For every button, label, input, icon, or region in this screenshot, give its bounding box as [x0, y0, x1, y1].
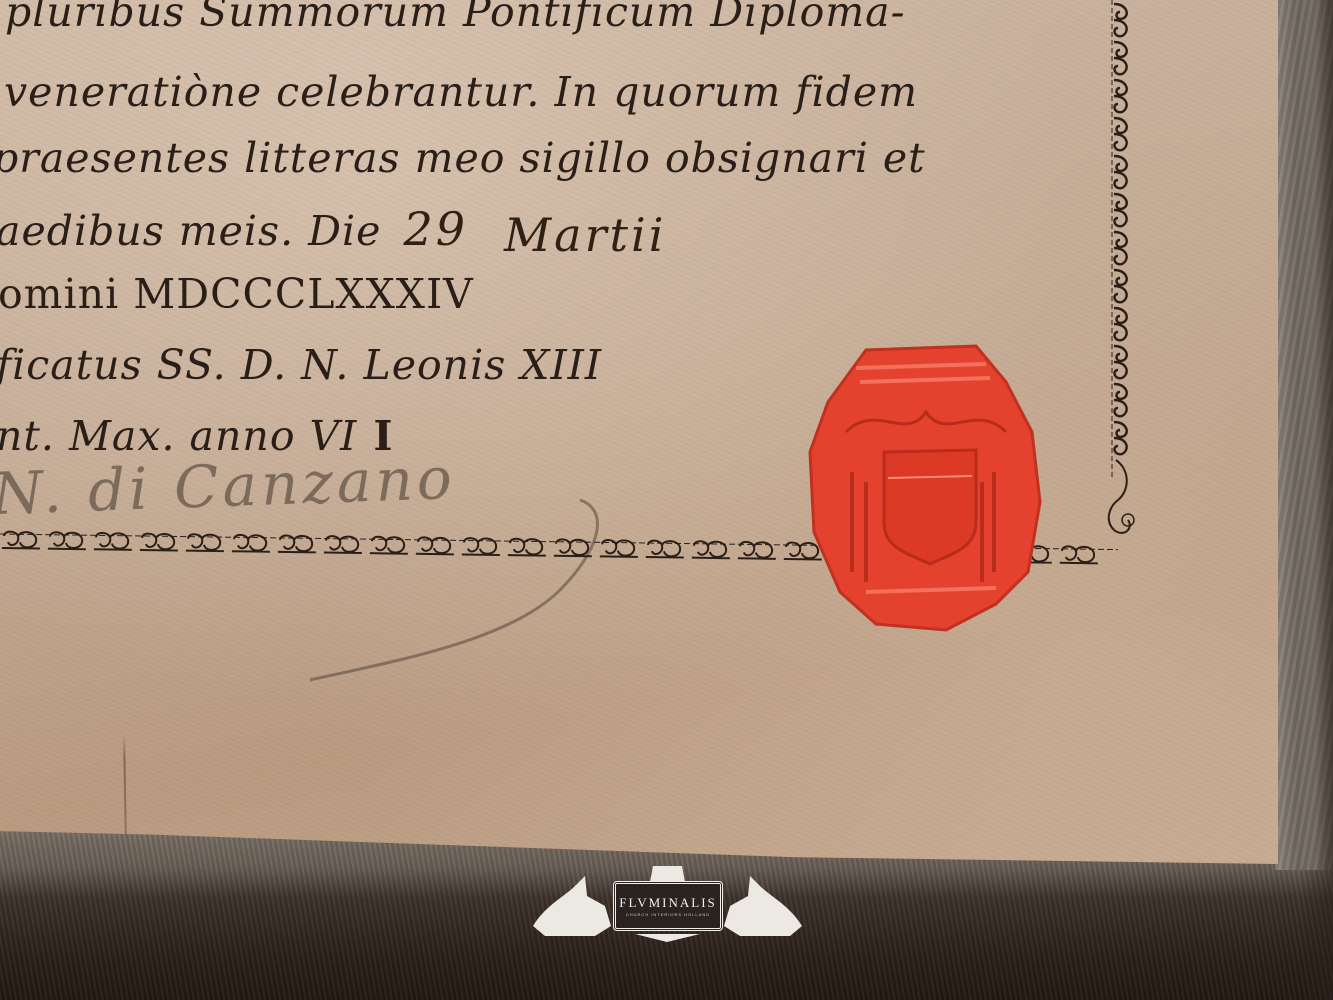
paper-crease	[123, 735, 127, 845]
handwritten-month: Martii	[504, 208, 666, 262]
handwritten-day: 29	[403, 202, 468, 256]
logo-plaque: FLVMINALIS CHURCH INTERIORS HOLLAND	[613, 881, 723, 931]
text-line-1: pluribus Summorum Pontificum Diploma-	[5, 0, 905, 36]
text-line-4-print: aedibus meis. Die	[0, 207, 381, 255]
text-line-6: ficatus SS. D. N. Leonis XIII	[0, 341, 602, 389]
text-line-2: veneratiòne celebrantur. In quorum fidem	[4, 68, 918, 116]
document-paper: pluribus Summorum Pontificum Diploma- ve…	[0, 0, 1278, 864]
mount-shadow	[1300, 0, 1333, 1000]
text-line-5: omini MDCCCLXXXIV	[0, 270, 474, 318]
photo-scene: pluribus Summorum Pontificum Diploma- ve…	[0, 0, 1333, 1000]
signature-flourish	[280, 490, 620, 690]
logo-name: FLVMINALIS	[619, 896, 717, 909]
wax-seal	[806, 342, 1044, 634]
fluminalis-logo: FLVMINALIS CHURCH INTERIORS HOLLAND	[525, 866, 810, 944]
text-line-3: praesentes litteras meo sigillo obsignar…	[0, 134, 926, 182]
chain-border-vertical	[1100, 0, 1144, 540]
logo-tagline: CHURCH INTERIORS HOLLAND	[626, 913, 710, 917]
text-line-4: aedibus meis. Die 29 Martii	[0, 202, 666, 256]
